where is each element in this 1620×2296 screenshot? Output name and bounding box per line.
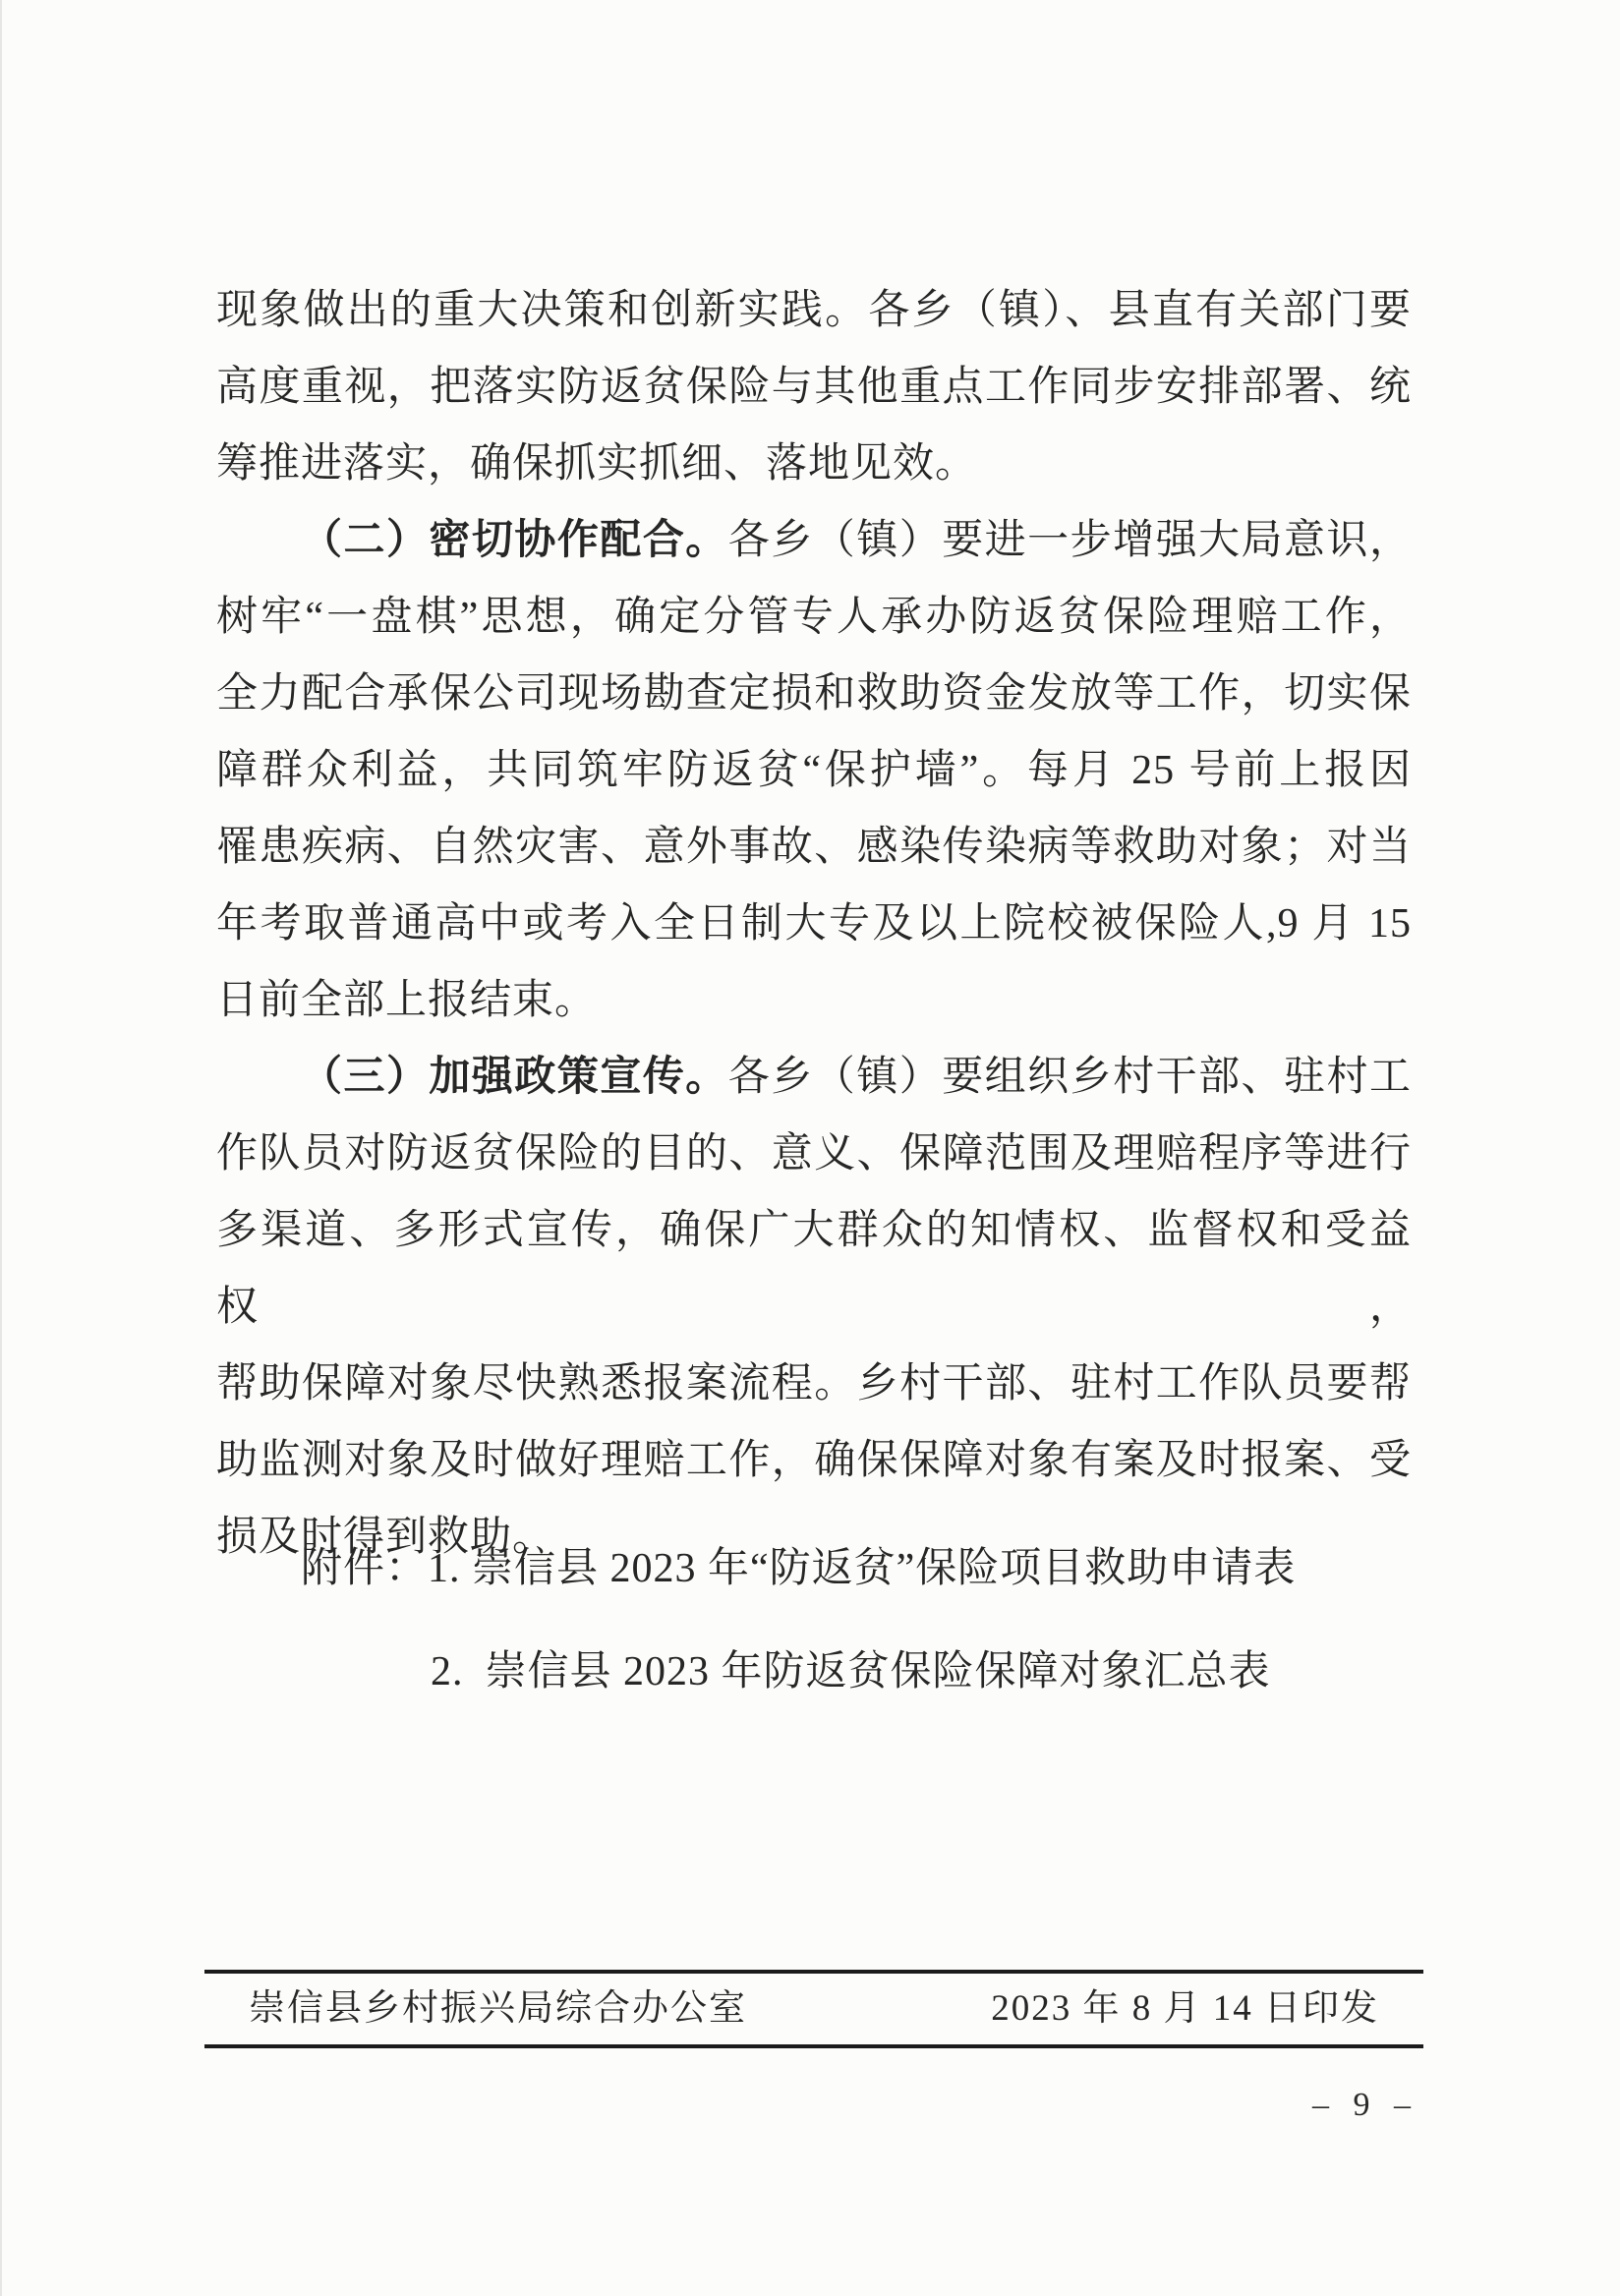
attachment-label: 附件： [301, 1546, 428, 1591]
attachment-line-2: 2. 崇信县 2023 年防返贫保险保障对象汇总表 [431, 1634, 1271, 1710]
section-heading: （二）密切协作配合。 [301, 518, 728, 563]
text-line: 年考取普通高中或考入全日制大专及以上院校被保险人,9 月 15 [216, 886, 1412, 962]
page-number: – 9 – [1312, 2084, 1418, 2127]
text-line: 罹患疾病、自然灾害、意外事故、感染传染病等救助对象；对当 [216, 809, 1412, 886]
body-text: 现象做出的重大决策和创新实践。各乡（镇）、县直有关部门要 高度重视，把落实防返贫… [216, 272, 1412, 1576]
attachment-item: 2. 崇信县 2023 年防返贫保险保障对象汇总表 [431, 1649, 1271, 1694]
text-line: 障群众利益，共同筑牢防返贫“保护墙”。每月 25 号前上报因 [216, 732, 1412, 809]
text-line: （二）密切协作配合。各乡（镇）要进一步增强大局意识， [216, 502, 1412, 579]
footer-rule-bottom [204, 2044, 1423, 2048]
footer-row: 崇信县乡村振兴局综合办公室 2023 年 8 月 14 日印发 [204, 1984, 1423, 2034]
attachment-item: 1. 崇信县 2023 年“防返贫”保险项目救助申请表 [428, 1546, 1296, 1591]
text-line: 全力配合承保公司现场勘查定损和救助资金发放等工作，切实保 [216, 656, 1412, 732]
text-run: 各乡（镇）要进一步增强大局意识， [728, 518, 1412, 563]
text-line: （三）加强政策宣传。各乡（镇）要组织乡村干部、驻村工 [216, 1039, 1412, 1116]
section-heading: （三）加强政策宣传。 [301, 1055, 728, 1100]
text-line: 助监测对象及时做好理赔工作，确保保障对象有案及时报案、受 [216, 1422, 1412, 1499]
footer-print-date: 2023 年 8 月 14 日印发 [991, 1984, 1379, 2034]
text-line: 日前全部上报结束。 [216, 962, 1412, 1039]
attachment-line-1: 附件：1. 崇信县 2023 年“防返贫”保险项目救助申请表 [301, 1530, 1296, 1607]
text-line: 高度重视，把落实防返贫保险与其他重点工作同步安排部署、统 [216, 349, 1412, 426]
footer-issuer: 崇信县乡村振兴局综合办公室 [249, 1984, 747, 2034]
scan-edge-artifact [0, 0, 2, 2296]
text-line: 帮助保障对象尽快熟悉报案流程。乡村干部、驻村工作队员要帮 [216, 1346, 1412, 1422]
document-page: 现象做出的重大决策和创新实践。各乡（镇）、县直有关部门要 高度重视，把落实防返贫… [0, 0, 1620, 2296]
text-run: 各乡（镇）要组织乡村干部、驻村工 [728, 1055, 1412, 1100]
text-line: 树牢“一盘棋”思想，确定分管专人承办防返贫保险理赔工作， [216, 579, 1412, 656]
text-line: 作队员对防返贫保险的目的、意义、保障范围及理赔程序等进行 [216, 1116, 1412, 1192]
text-line: 筹推进落实，确保抓实抓细、落地见效。 [216, 426, 1412, 502]
footer-rule-top [204, 1970, 1423, 1974]
text-line: 现象做出的重大决策和创新实践。各乡（镇）、县直有关部门要 [216, 272, 1412, 349]
text-line: 多渠道、多形式宣传，确保广大群众的知情权、监督权和受益权， [216, 1192, 1412, 1346]
